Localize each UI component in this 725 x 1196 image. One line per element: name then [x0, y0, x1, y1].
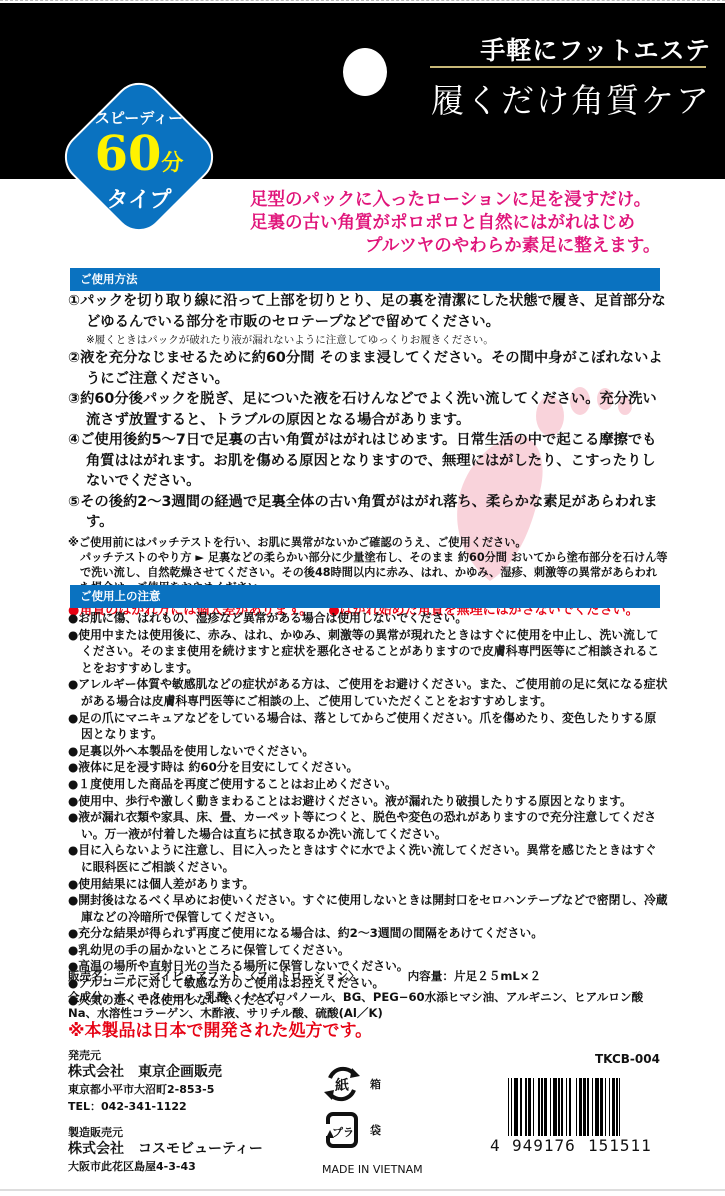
- badge-subtitle: スピーディー: [95, 107, 183, 128]
- step-1: ①パックを切り取り線に沿って上部を切りとり、足の裏を清潔にした状態で履き、足首部…: [68, 291, 668, 332]
- barcode-bars: [508, 1078, 620, 1144]
- badge-type: タイプ: [107, 190, 172, 212]
- caution-item: ●１度使用した商品を再度ご使用することはお止めください。: [68, 776, 668, 793]
- caution-item: ●足の爪にマニキュアなどをしている場合は、落としてからご使用ください。爪を傷めた…: [68, 710, 668, 743]
- seller-address: 東京都小平市大沼町2-853-5: [68, 1081, 298, 1098]
- tagline: 手軽にフットエステ: [480, 31, 711, 67]
- usage-section: ご使用方法: [70, 268, 660, 291]
- speed-badge: スピーディー 60分 タイプ: [55, 73, 223, 241]
- seller-tel: TEL：042-341-1122: [68, 1098, 298, 1115]
- caution-item: ●お肌に傷、はれもの、湿疹など異常がある場合は使用しないでください。: [68, 610, 668, 627]
- manufacturer-address: 大阪市此花区島屋4-3-43: [68, 1158, 298, 1175]
- caution-item: ●液が漏れ衣類や家具、床、畳、カーペット等につくと、脱色や変色の恐れがありますの…: [68, 809, 668, 842]
- product-title: 履くだけ角質ケア: [431, 75, 711, 122]
- cautions-heading: ご使用上の注意: [70, 585, 660, 608]
- cautions-section: ご使用上の注意: [70, 585, 660, 608]
- seller-label: 発売元: [68, 1048, 298, 1063]
- paper-recycle-icon: 紙: [322, 1064, 362, 1104]
- intro-line: 足裏の古い角質がポロポロと自然にはがれはじめ: [250, 212, 715, 235]
- bottom-edge: [0, 1189, 725, 1191]
- svg-text:紙: 紙: [334, 1077, 349, 1094]
- plastic-recycle-icon: プラ: [322, 1110, 362, 1150]
- manufacturer-label: 製造販売元: [68, 1125, 298, 1140]
- svg-text:プラ: プラ: [332, 1125, 354, 1139]
- barcode-digits: 4 949176 151511: [490, 1136, 662, 1155]
- volume: 内容量：片足２５mL×２: [408, 968, 542, 984]
- caution-item: ●開封後はなるべく早めにお使いください。すぐに使用しないときは開封口をセロハンテ…: [68, 892, 668, 925]
- plastic-label: 袋: [370, 1122, 381, 1138]
- product-spec: 販売名：ニューマイピュアフット 〈フットローション〉 内容量：片足２５mL×２ …: [68, 968, 668, 1039]
- manufacturer-name: 株式会社 コスモビューティー: [68, 1140, 298, 1158]
- caution-item: ●乳幼児の手の届かないところに保管してください。: [68, 942, 668, 959]
- barcode: 4 949176 151511: [490, 1078, 662, 1158]
- company-info: 発売元 株式会社 東京企画販売 東京都小平市大沼町2-853-5 TEL：042…: [68, 1048, 298, 1175]
- origin-note: ※本製品は日本で開発された処方です。: [68, 1023, 668, 1039]
- intro-copy: 足型のパックに入ったローションに足を浸すだけ。 足裏の古い角質がポロポロと自然に…: [250, 189, 715, 258]
- caution-item: ●使用中、歩行や激しく動きまわることはお避けください。液が漏れたり破損したりする…: [68, 793, 668, 810]
- recycle-marks: 紙 箱 プラ 袋 MADE IN VIETNAM: [322, 1061, 442, 1176]
- intro-line: プルツヤのやわらか素足に整えます。: [250, 235, 715, 258]
- caution-item: ●使用中または使用後に、赤み、はれ、かゆみ、刺激等の異常が現れたときはすぐに使用…: [68, 627, 668, 677]
- caution-list: ●お肌に傷、はれもの、湿疹など異常がある場合は使用しないでください。 ●使用中ま…: [68, 610, 668, 1008]
- product-name: 販売名：ニューマイピュアフット 〈フットローション〉: [68, 968, 360, 984]
- step-2: ②液を充分なじませるために約60分間 そのまま浸してください。その間中身がこぼれ…: [68, 348, 668, 389]
- seller-name: 株式会社 東京企画販売: [68, 1063, 298, 1081]
- made-in: MADE IN VIETNAM: [322, 1163, 442, 1176]
- caution-item: ●液体に足を浸す時は 約60分を目安にしてください。: [68, 759, 668, 776]
- step-1-note: ※履くときはパックが破れたり液が漏れないように注意してゆっくりお履きください。: [68, 332, 668, 348]
- step-3: ③約60分後パックを脱ぎ、足についた液を石けんなどでよく洗い流してください。充分…: [68, 389, 668, 430]
- product-code: TKCB-004: [595, 1052, 660, 1066]
- usage-steps: ①パックを切り取り線に沿って上部を切りとり、足の裏を清潔にした状態で履き、足首部…: [68, 291, 668, 621]
- divider: [430, 66, 706, 68]
- package-back: 手軽にフットエステ 履くだけ角質ケア スピーディー 60分 タイプ 足型のパック…: [0, 0, 725, 1196]
- badge-number: 60分: [95, 128, 184, 190]
- step-4: ④ご使用後約5〜7日で足裏の古い角質がはがれはじめます。日常生活の中で起こる摩擦…: [68, 430, 668, 492]
- paper-label: 箱: [370, 1076, 381, 1092]
- caution-item: ●充分な結果が得られず再度ご使用になる場合は、約2〜3週間の間隔をあけてください…: [68, 925, 668, 942]
- caution-item: ●アレルギー体質や敏感肌などの症状がある方は、ご使用をお避けください。また、ご使…: [68, 676, 668, 709]
- intro-line: 足型のパックに入ったローションに足を浸すだけ。: [250, 189, 715, 212]
- hang-hole: [343, 48, 387, 96]
- caution-item: ●足裏以外へ本製品を使用しないでください。: [68, 743, 668, 760]
- caution-item: ●目に入らないように注意し、目に入ったときはすぐに水でよく洗い流してください。異…: [68, 842, 668, 875]
- caution-item: ●使用結果には個人差があります。: [68, 876, 668, 893]
- patch-note: ※ご使用前にはパッチテストを行い、お肌に異常がないかご確認のうえ、ご使用ください…: [68, 535, 668, 550]
- usage-heading: ご使用方法: [70, 268, 660, 291]
- ingredients: 全成分：水、エタノール、乳酸、イソプロパノール、BG、PEG−60水添ヒマシ油、…: [68, 989, 668, 1021]
- step-5: ⑤その後約2〜3週間の経過で足裏全体の古い角質がはがれ落ち、柔らかな素足があらわ…: [68, 492, 668, 533]
